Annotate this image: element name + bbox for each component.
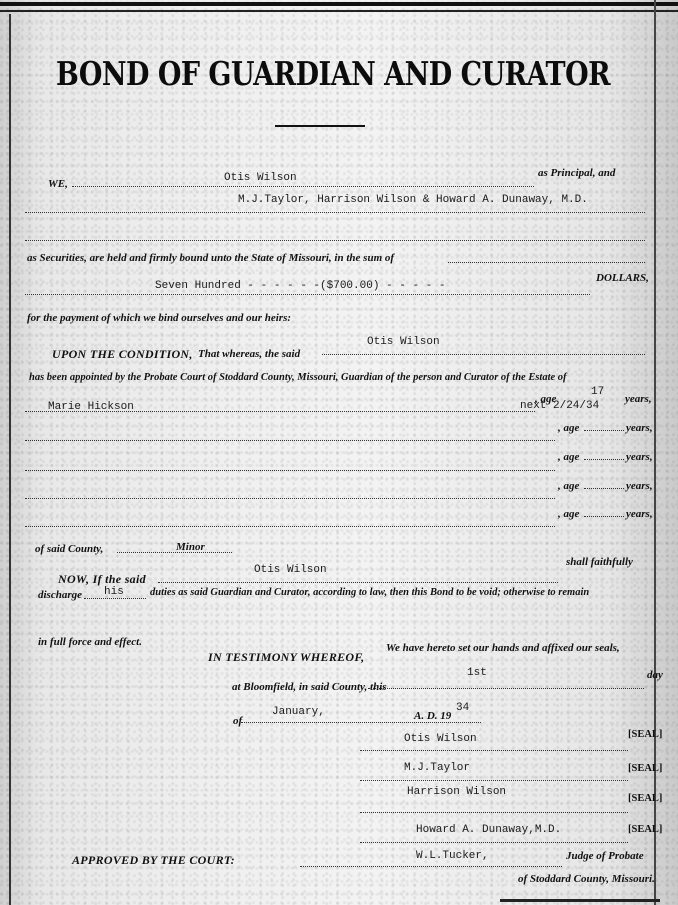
seal-label: [SEAL] — [628, 793, 662, 804]
top-border-thin — [0, 10, 678, 12]
year-value: 34 — [456, 702, 469, 714]
signer-name: Howard A. Dunaway,M.D. — [416, 824, 561, 836]
sum-text: Seven Hundred - - - - - -($700.00) - - -… — [155, 280, 445, 292]
minor-label: Minor — [176, 541, 205, 553]
month-line — [241, 722, 481, 723]
full-force: in full force and effect. — [38, 636, 142, 648]
age-label: , age — [558, 508, 579, 520]
signature-line — [360, 812, 628, 813]
signer-name: Harrison Wilson — [407, 786, 506, 798]
ward-note: next 2/24/34 — [520, 400, 599, 412]
approved-label: APPROVED BY THE COURT: — [72, 853, 235, 868]
age-label: , age — [558, 451, 579, 463]
ad-label: A. D. 19 — [414, 710, 451, 722]
scanned-document: BOND OF GUARDIAN AND CURATOR WE, Otis Wi… — [0, 0, 678, 905]
signer-name: Otis Wilson — [404, 733, 477, 745]
years-label: years, — [626, 451, 653, 463]
ward-line — [25, 440, 555, 441]
bottom-rule — [500, 899, 660, 902]
judge-title: Judge of Probate — [566, 850, 644, 862]
discharge-label: discharge — [38, 589, 82, 601]
of-label: of — [233, 715, 242, 727]
condition-text: That whereas, the said — [198, 348, 300, 360]
securities-clause: as Securities, are held and firmly bound… — [27, 252, 394, 264]
duties-clause: duties as said Guardian and Curator, acc… — [150, 587, 589, 598]
seal-label: [SEAL] — [628, 729, 662, 740]
signature-line — [360, 750, 628, 751]
sum-line — [25, 294, 590, 295]
principal-name: Otis Wilson — [224, 172, 297, 184]
ward-line — [25, 498, 555, 499]
appointed-clause: has been appointed by the Probate Court … — [29, 372, 567, 383]
age-label: , age — [558, 422, 579, 434]
seal-label: [SEAL] — [628, 824, 662, 835]
now-name-line — [158, 582, 558, 583]
age-line — [584, 516, 624, 517]
now-name: Otis Wilson — [254, 564, 327, 576]
sum-line-a — [448, 262, 645, 263]
ward-age: 17 — [591, 386, 604, 398]
securities-line-1 — [25, 212, 645, 213]
month-value: January, — [272, 706, 325, 718]
years-label: years, — [626, 508, 653, 520]
years-label: years, — [625, 393, 652, 405]
principal-line — [72, 186, 534, 187]
we-label: WE, — [48, 178, 68, 190]
as-principal-label: as Principal, and — [538, 167, 615, 179]
day-value: 1st — [467, 667, 487, 679]
pronoun-line — [84, 598, 146, 599]
age-line — [584, 430, 624, 431]
condition-name-line — [322, 354, 645, 355]
title-rule — [275, 125, 365, 127]
ward-line — [25, 470, 555, 471]
pronoun: his — [104, 586, 124, 598]
age-line — [584, 459, 624, 460]
testimony-label: IN TESTIMONY WHEREOF, — [208, 650, 364, 665]
signature-line — [360, 842, 628, 843]
judge-line — [300, 866, 562, 867]
securities-names: M.J.Taylor, Harrison Wilson & Howard A. … — [238, 194, 588, 206]
securities-line-2 — [25, 240, 645, 241]
faithfully-label: shall faithfully — [566, 556, 633, 568]
judge-county: of Stoddard County, Missouri. — [518, 873, 655, 885]
signature-line — [360, 780, 628, 781]
document-title: BOND OF GUARDIAN AND CURATOR — [56, 56, 616, 93]
top-border — [0, 2, 678, 6]
signer-name: M.J.Taylor — [404, 762, 470, 774]
ward-line — [25, 526, 555, 527]
of-said-county-label: of said County, — [35, 543, 103, 555]
day-line — [368, 688, 644, 689]
testimony-text: We have hereto set our hands and affixed… — [386, 642, 620, 654]
ward-line — [25, 411, 535, 412]
years-label: years, — [626, 422, 653, 434]
left-border — [9, 14, 11, 905]
condition-name: Otis Wilson — [367, 336, 440, 348]
at-label: at Bloomfield, in said County, this — [232, 681, 387, 693]
dollars-label: DOLLARS, — [596, 272, 649, 284]
payment-clause: for the payment of which we bind ourselv… — [27, 312, 291, 324]
seal-label: [SEAL] — [628, 763, 662, 774]
minor-line — [117, 552, 232, 553]
age-line — [584, 488, 624, 489]
now-label: NOW, If the said — [58, 572, 146, 587]
day-label: day — [647, 669, 663, 681]
years-label: years, — [626, 480, 653, 492]
judge-name: W.L.Tucker, — [416, 850, 489, 862]
age-label: , age — [558, 480, 579, 492]
condition-label: UPON THE CONDITION, — [52, 347, 193, 362]
